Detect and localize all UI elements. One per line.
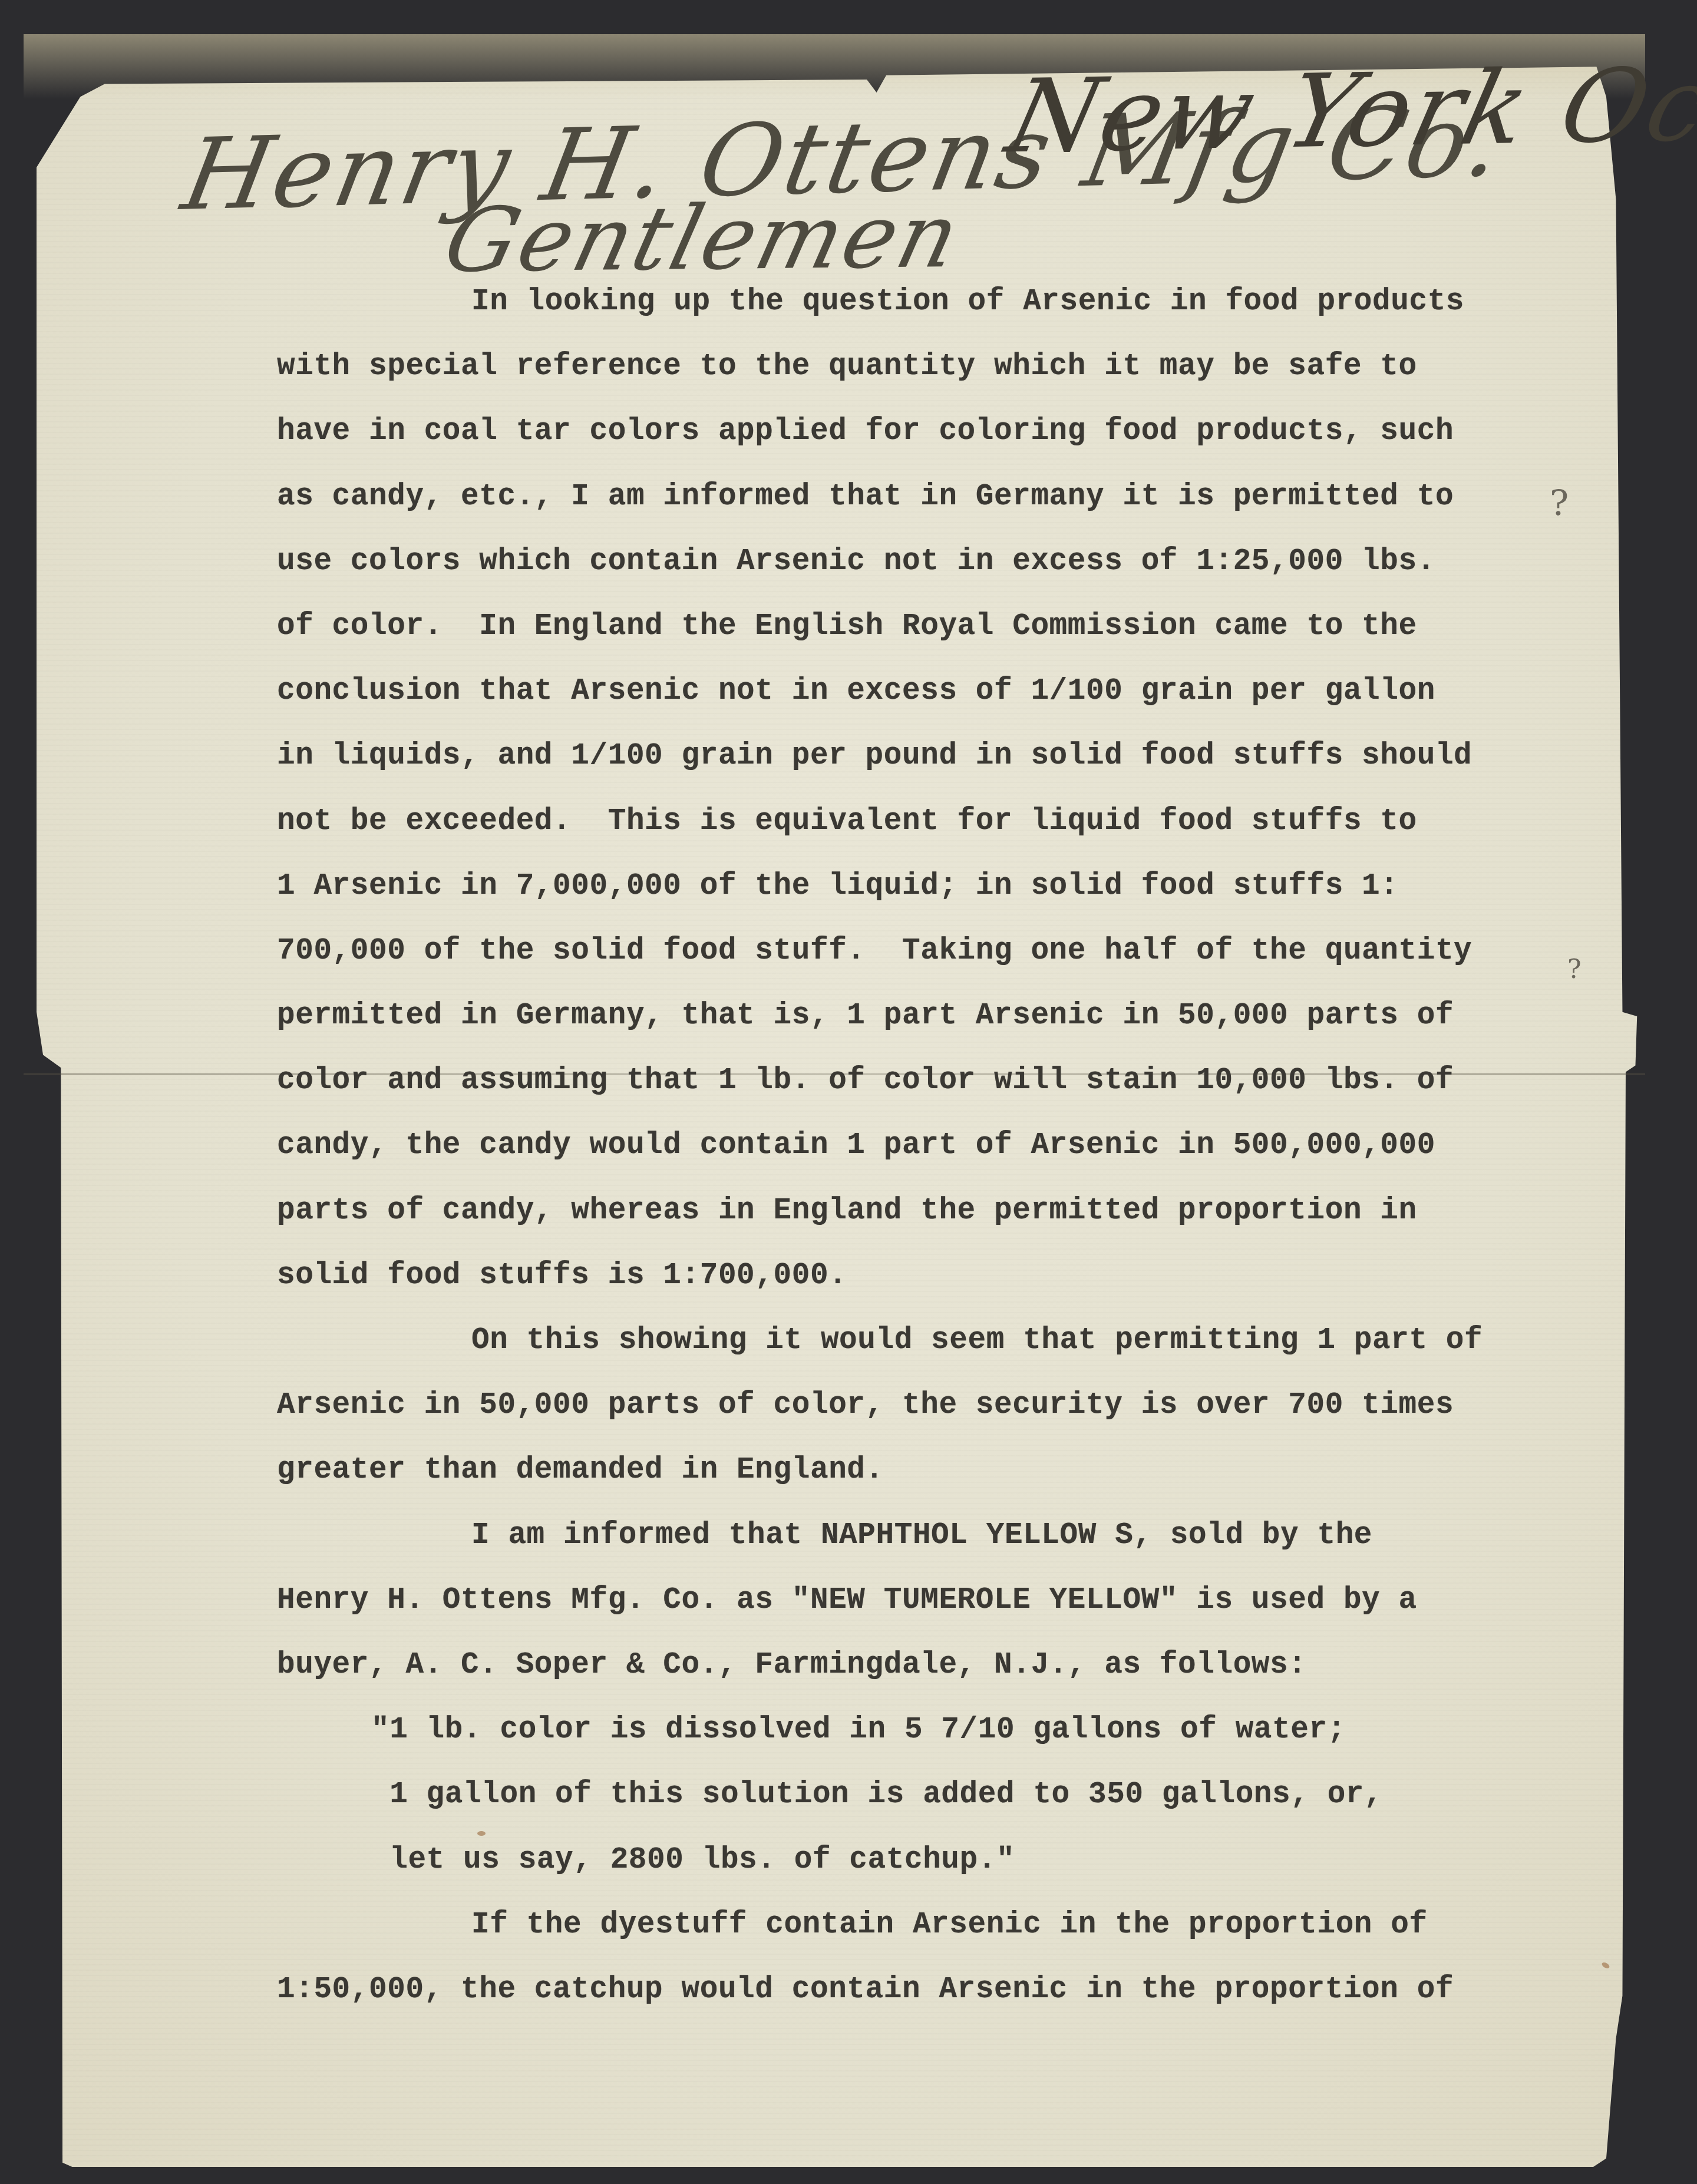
body-line: use colors which contain Arsenic not in … (277, 530, 1609, 594)
body-line: I am informed that NAPHTHOL YELLOW S, so… (277, 1504, 1609, 1568)
body-line: greater than demanded in England. (277, 1438, 1609, 1503)
body-line: parts of candy, whereas in England the p… (277, 1179, 1609, 1244)
body-line: in liquids, and 1/100 grain per pound in… (277, 724, 1609, 789)
body-line: Arsenic in 50,000 parts of color, the se… (277, 1373, 1609, 1438)
quoted-line: "1 lb. color is dissolved in 5 7/10 gall… (277, 1698, 1609, 1763)
quoted-line: 1 gallon of this solution is added to 35… (277, 1763, 1609, 1828)
body-line: permitted in Germany, that is, 1 part Ar… (277, 984, 1609, 1049)
quoted-line: let us say, 2800 lbs. of catchup." (277, 1828, 1609, 1893)
body-line: 1 Arsenic in 7,000,000 of the liquid; in… (277, 854, 1609, 919)
handwritten-place-date: New York Oct 5, 1911 (998, 37, 1697, 176)
body-line: with special reference to the quantity w… (277, 335, 1609, 399)
body-line: of color. In England the English Royal C… (277, 594, 1609, 659)
body-line: buyer, A. C. Soper & Co., Farmingdale, N… (277, 1633, 1609, 1698)
body-line: On this showing it would seem that permi… (277, 1309, 1609, 1373)
body-line: solid food stuffs is 1:700,000. (277, 1244, 1609, 1309)
body-line: Henry H. Ottens Mfg. Co. as "NEW TUMEROL… (277, 1568, 1609, 1633)
body-line: 1:50,000, the catchup would contain Arse… (277, 1958, 1609, 2023)
body-line: as candy, etc., I am informed that in Ge… (277, 465, 1609, 530)
body-line: 700,000 of the solid food stuff. Taking … (277, 919, 1609, 984)
body-line: not be exceeded. This is equivalent for … (277, 789, 1609, 854)
body-line: conclusion that Arsenic not in excess of… (277, 659, 1609, 724)
typed-letter-body: In looking up the question of Arsenic in… (277, 270, 1609, 2023)
body-line: color and assuming that 1 lb. of color w… (277, 1049, 1609, 1114)
body-line: candy, the candy would contain 1 part of… (277, 1114, 1609, 1178)
body-line: If the dyestuff contain Arsenic in the p… (277, 1893, 1609, 1958)
body-line: have in coal tar colors applied for colo… (277, 399, 1609, 464)
body-line: In looking up the question of Arsenic in… (277, 270, 1609, 335)
